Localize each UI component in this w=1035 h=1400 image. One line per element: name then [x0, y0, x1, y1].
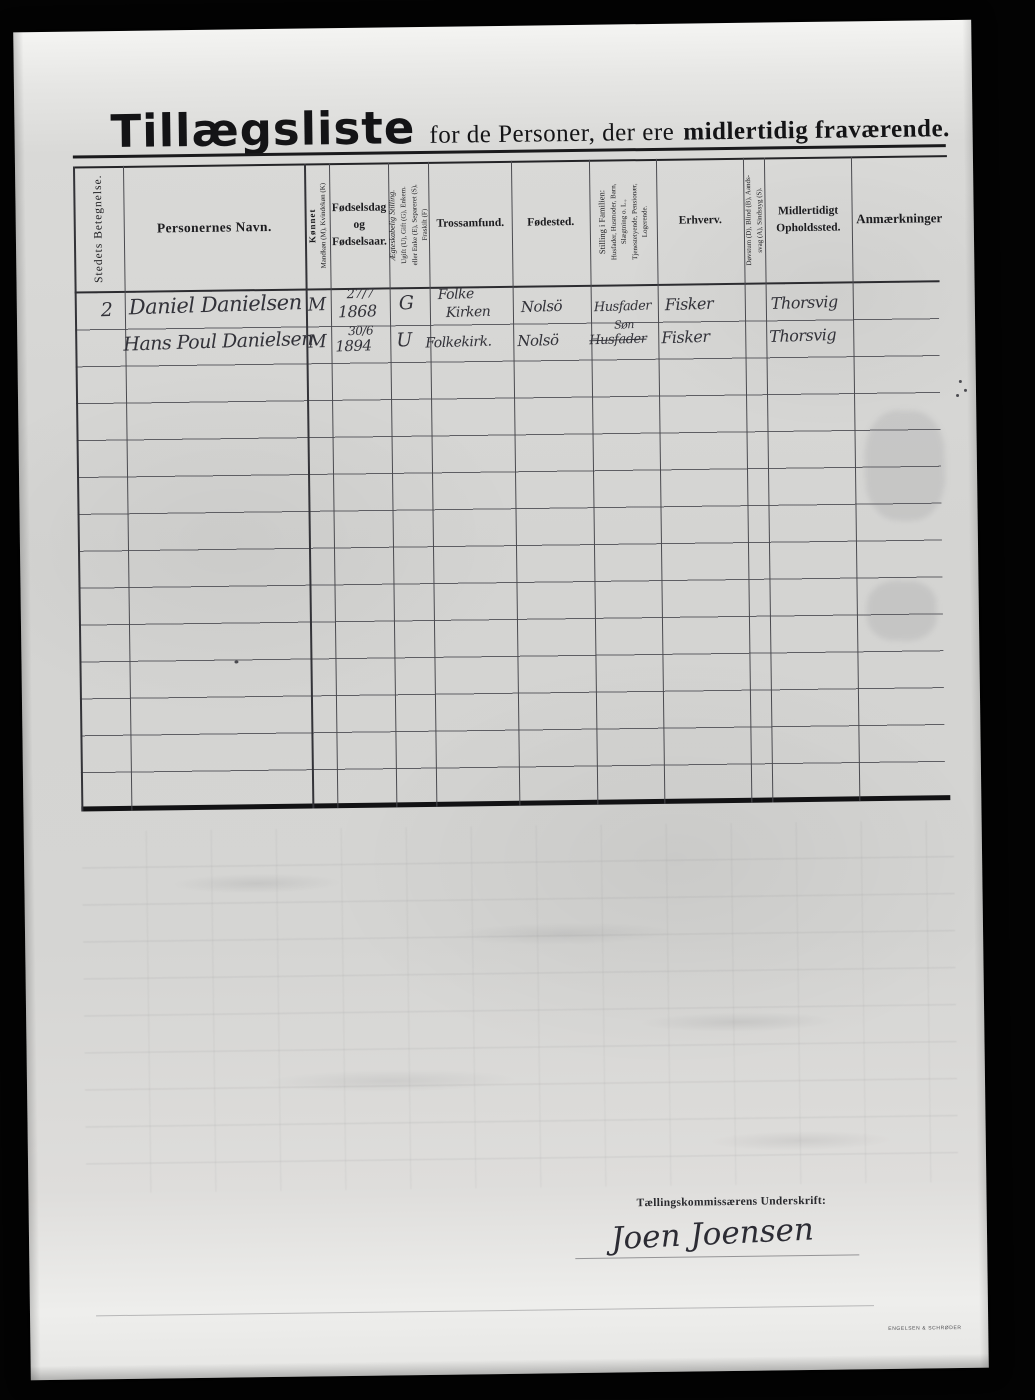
row1-sex: M	[307, 294, 326, 316]
row1-religion-line2: Kirken	[446, 304, 491, 321]
row2-sex: M	[308, 331, 327, 353]
row1-birthday: 27/7	[346, 286, 374, 302]
row1-place-number: 2	[101, 299, 113, 321]
scanned-census-page: Tillægsliste for de Personer, der ere mi…	[0, 0, 1035, 1400]
ink-speck	[959, 380, 962, 383]
ink-speck	[956, 394, 959, 397]
header-konnet: Kønnet Mandkøn (M), Kvindekøn (K)	[304, 163, 331, 288]
bleedthrough-ghost-mark	[864, 410, 945, 521]
row1-birthplace: Nolsö	[521, 297, 563, 316]
bleedthrough-ghost-mark	[866, 580, 937, 641]
header-stilling-i-familien: Stilling i Familien: Husfader, Husmoder,…	[589, 159, 658, 285]
row2-birthyear: 1894	[335, 336, 372, 355]
header-anmaerkninger: Anmærkninger	[851, 155, 948, 281]
table-row-lines	[75, 282, 946, 807]
ink-speck	[964, 389, 967, 392]
header-dovstum: Døvstum (D), Blind (B), Aands- svag (A),…	[743, 158, 766, 283]
signature-handwriting: Joen Joensen	[610, 1211, 814, 1257]
row2-family-position-correction: Søn	[614, 318, 634, 332]
row1-family-position: Husfader	[594, 299, 652, 316]
header-fodselsdag: Fødselsdag og Fødselsaar.	[329, 162, 390, 288]
row1-religion-line1: Folke	[437, 286, 474, 303]
row1-birthyear: 1868	[338, 301, 377, 321]
header-fodested: Fødested.	[511, 160, 591, 286]
title-main: Tillægsliste	[110, 101, 415, 158]
paper-sheet: Tillægsliste for de Personer, der ere mi…	[13, 20, 989, 1380]
row2-religion: Folkekirk.	[425, 334, 492, 352]
title-subtitle: for de Personer, der ere	[429, 119, 674, 150]
title-subtitle-emphasis: midlertidig fraværende.	[683, 115, 950, 146]
header-trossamfund: Trossamfund.	[428, 161, 513, 287]
row2-family-position-struck: Husfader	[589, 332, 647, 349]
signature-label: Tællingskommissærens Underskrift:	[637, 1195, 827, 1209]
header-aegteskabelig-stilling: Ægteskabelig Stilling. Ugift (U), Gift (…	[388, 162, 430, 288]
row1-abode: Thorsvig	[771, 292, 838, 313]
row1-marital: G	[398, 292, 413, 314]
row2-occupation: Fisker	[661, 327, 710, 347]
row2-marital: U	[396, 329, 412, 351]
row1-occupation: Fisker	[665, 294, 714, 314]
header-erhverv: Erhverv.	[656, 158, 745, 284]
ink-speck	[234, 660, 238, 663]
header-personernes-navn: Personernes Navn.	[123, 164, 306, 291]
paper-crease	[96, 1305, 874, 1316]
printer-imprint: ENGELSEN & SCHRØDER	[888, 1325, 961, 1332]
row2-birthplace: Nolsö	[517, 331, 559, 350]
bleedthrough-ghost-texture	[82, 820, 959, 1193]
header-stedets-betegnelse: Stedets Betegnelse.	[73, 166, 125, 292]
header-midlertidigt-opholdssted: Midlertidigt Opholdssted.	[764, 156, 853, 282]
row2-abode: Thorsvig	[769, 325, 836, 346]
